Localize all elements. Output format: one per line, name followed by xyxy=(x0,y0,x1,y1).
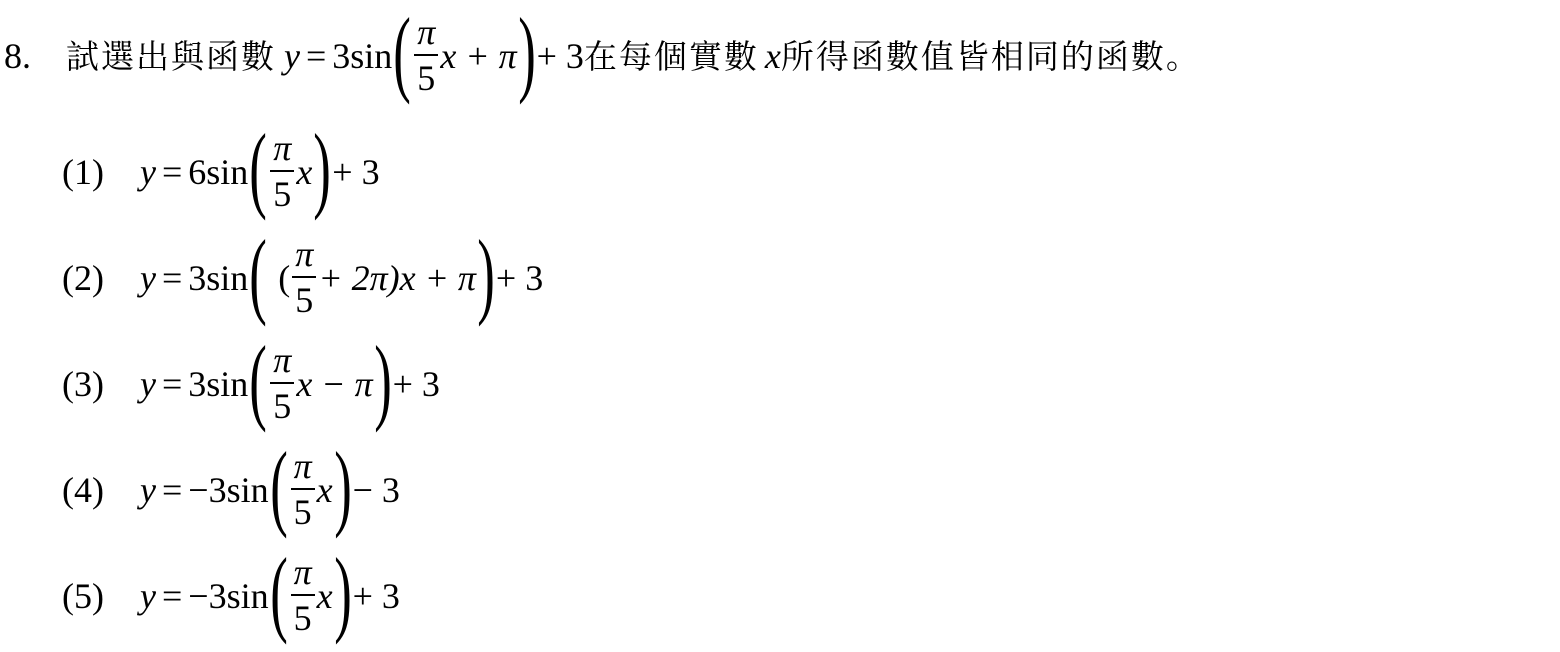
fraction: π 5 xyxy=(270,342,294,426)
left-paren: ( xyxy=(250,120,268,216)
option-tail: − 3 xyxy=(353,472,400,508)
question-stem: 8. 試選出與函數 y = 3sin ( π 5 x + π ) + 3 在每個… xyxy=(4,8,1201,104)
option-lhs: y xyxy=(140,366,156,402)
option-label: (2) xyxy=(62,260,140,296)
function-tail: + 3 xyxy=(537,38,584,74)
equals-sign: = xyxy=(162,260,182,296)
variable-x: x xyxy=(765,38,781,74)
equals-sign: = xyxy=(162,154,182,190)
fraction: π 5 xyxy=(414,14,438,98)
fraction-denominator: 5 xyxy=(417,56,435,98)
right-paren: ) xyxy=(334,544,352,640)
fraction: π 5 xyxy=(291,554,315,638)
option-lhs: y xyxy=(140,260,156,296)
option-1: (1) y = 6sin ( π 5 x ) + 3 xyxy=(62,124,380,220)
equals-sign: = xyxy=(306,38,326,74)
left-paren: ( xyxy=(394,4,412,100)
equals-sign: = xyxy=(162,578,182,614)
right-paren: ) xyxy=(477,226,495,322)
prompt-before: 試選出與函數 xyxy=(66,40,276,73)
option-5: (5) y = −3sin ( π 5 x ) + 3 xyxy=(62,548,400,644)
option-lhs: y xyxy=(140,472,156,508)
prompt-after: 所得函數值皆相同的函數。 xyxy=(781,40,1201,73)
option-2: (2) y = 3sin ( ( π 5 + 2π)x + π ) + 3 xyxy=(62,230,543,326)
fraction: π 5 xyxy=(292,236,316,320)
inner-expression: x + π xyxy=(440,38,516,74)
fraction: π 5 xyxy=(291,448,315,532)
option-lhs: y xyxy=(140,578,156,614)
fraction-numerator: π xyxy=(291,448,315,490)
option-4: (4) y = −3sin ( π 5 x ) − 3 xyxy=(62,442,400,538)
fraction-denominator: 5 xyxy=(294,490,312,532)
fraction-denominator: 5 xyxy=(294,596,312,638)
option-3: (3) y = 3sin ( π 5 x − π ) + 3 xyxy=(62,336,440,432)
option-coef: −3sin xyxy=(188,578,268,614)
left-paren: ( xyxy=(270,544,288,640)
right-paren: ) xyxy=(518,4,536,100)
right-paren: ) xyxy=(374,332,392,428)
left-paren: ( xyxy=(270,438,288,534)
equals-sign: = xyxy=(162,472,182,508)
prompt-mid: 在每個實數 xyxy=(584,40,759,73)
fraction-numerator: π xyxy=(292,236,316,278)
equals-sign: = xyxy=(162,366,182,402)
fraction-numerator: π xyxy=(270,130,294,172)
function-lhs: y xyxy=(284,38,300,74)
right-paren: ) xyxy=(334,438,352,534)
fraction-denominator: 5 xyxy=(273,172,291,214)
option-tail: + 3 xyxy=(353,578,400,614)
fraction-numerator: π xyxy=(414,14,438,56)
option-coef: −3sin xyxy=(188,472,268,508)
fraction-denominator: 5 xyxy=(295,278,313,320)
fraction-numerator: π xyxy=(291,554,315,596)
option-lhs: y xyxy=(140,154,156,190)
option-label: (1) xyxy=(62,154,140,190)
option-tail: + 3 xyxy=(393,366,440,402)
function-coef: 3sin xyxy=(332,38,392,74)
option-tail: + 3 xyxy=(496,260,543,296)
option-tail: + 3 xyxy=(332,154,379,190)
left-paren: ( xyxy=(250,332,268,428)
fraction: π 5 xyxy=(270,130,294,214)
option-coef: 6sin xyxy=(188,154,248,190)
question-number: 8. xyxy=(4,38,66,74)
left-paren: ( xyxy=(250,226,268,322)
option-coef: 3sin xyxy=(188,366,248,402)
option-label: (4) xyxy=(62,472,140,508)
inner-expression: x xyxy=(296,154,312,190)
option-label: (3) xyxy=(62,366,140,402)
fraction-denominator: 5 xyxy=(273,384,291,426)
inner-expression: x − π xyxy=(296,366,372,402)
option-label: (5) xyxy=(62,578,140,614)
inner-expression: + 2π)x + π xyxy=(318,260,476,296)
inner-expression: x xyxy=(317,472,333,508)
option-coef: 3sin xyxy=(188,260,248,296)
inner-pre: ( xyxy=(278,260,290,296)
inner-expression: x xyxy=(317,578,333,614)
fraction-numerator: π xyxy=(270,342,294,384)
right-paren: ) xyxy=(314,120,332,216)
